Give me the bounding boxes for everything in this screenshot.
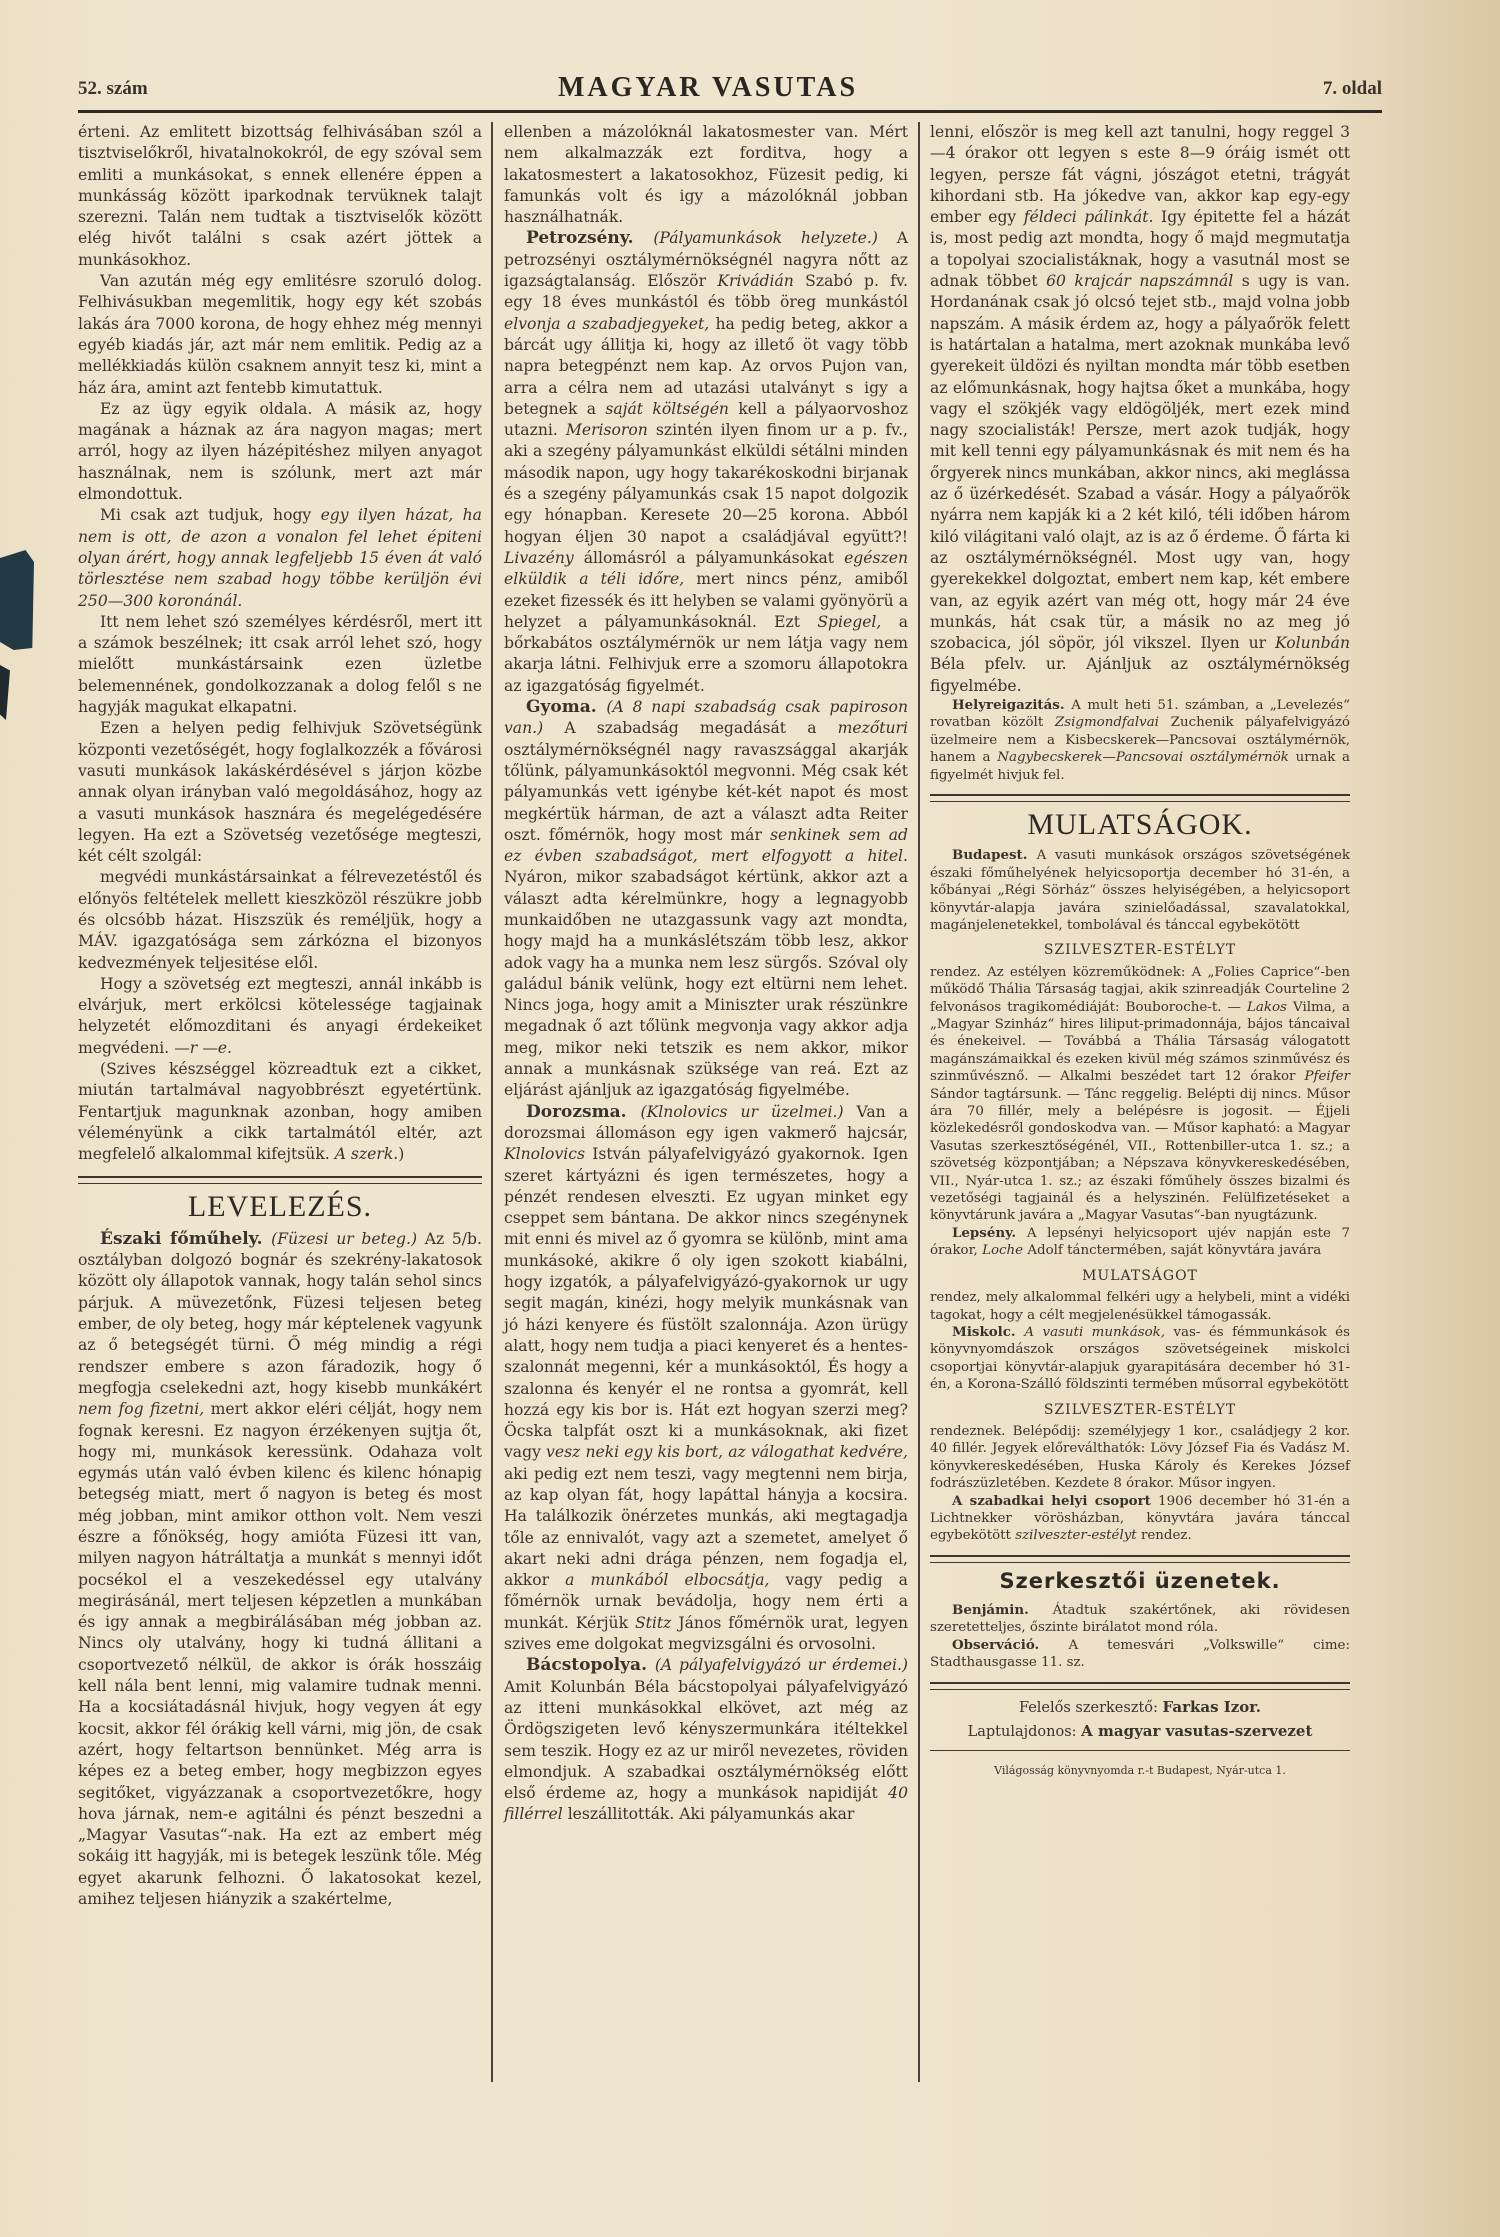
text-run-italic: A vasuti munkások,	[1024, 1325, 1165, 1340]
letters-continued: ellenben a mázolóknál lakatosmester van.…	[504, 122, 908, 1826]
text-run-italic: 60 krajcár napszámnál	[1046, 272, 1233, 290]
letters-section: Északi főműhely. (Füzesi ur beteg.) Az 5…	[78, 1229, 482, 1911]
text-run: Amit Kolunbán Béla bácstopolyai pályafel…	[504, 1678, 908, 1802]
text-run-italic: Livazény	[504, 549, 574, 567]
text-run: Itt nem lehet szó személyes kérdésről, m…	[78, 613, 482, 716]
text-run: Van azután még egy emlitésre szoruló dol…	[78, 272, 482, 396]
section-divider	[930, 794, 1350, 802]
text-run-bold: Lepsény.	[952, 1225, 1027, 1241]
text-run-bold: Benjámin.	[952, 1602, 1053, 1618]
imprint: Felelős szerkesztő: Farkas Izor. Laptula…	[930, 1696, 1350, 1782]
paragraph: Ez az ügy egyik oldala. A másik az, hogy…	[78, 399, 482, 505]
issue-number: 52. szám	[78, 78, 148, 100]
text-run-italic: Lakos	[1247, 1000, 1287, 1015]
text-run: mert akkor eléri célját, hogy nem fognak…	[78, 1400, 482, 1908]
section-title-mulatsagok: MULATSÁGOK.	[930, 814, 1350, 835]
text-run: Ezen a helyen pedig felhivjuk Szövetségü…	[78, 719, 482, 865]
text-run-italic: Zsigmondfalvai	[1055, 715, 1159, 730]
paragraph: Dorozsma. (Klnolovics ur üzelmei.) Van a…	[504, 1102, 908, 1656]
text-run: állomásról a pályamunkásokat	[574, 549, 844, 567]
text-run-bold: Miskolc.	[952, 1324, 1024, 1340]
text-run-bold: Observáció.	[952, 1637, 1069, 1653]
text-run-bold: Bácstopolya.	[526, 1655, 655, 1675]
text-run-italic: (A pályafelvigyázó ur érdemei.)	[655, 1656, 908, 1674]
editor-name: Farkas Izor.	[1163, 1698, 1262, 1716]
column-3: lenni, először is meg kell azt tanulni, …	[930, 122, 1350, 1782]
text-run-italic: nem fog fizetni,	[78, 1400, 204, 1418]
text-run: szintén ilyen finom ur a p. fv., aki a s…	[504, 421, 908, 545]
paragraph: Bácstopolya. (A pályafelvigyázó ur érdem…	[504, 1655, 908, 1825]
text-run: Adolf tánctermében, saját könyvtára javá…	[1023, 1243, 1321, 1258]
owner-name: A magyar vasutas-szervezet	[1081, 1722, 1312, 1740]
text-run-bold: A szabadkai helyi csoport	[952, 1493, 1158, 1509]
text-run-italic: A szerk.	[335, 1145, 399, 1163]
text-run-italic: saját költségén	[605, 400, 729, 418]
editor-label: Felelős szerkesztő:	[1019, 1700, 1163, 1716]
column-divider	[491, 122, 493, 2082]
text-run-bold: Északi főműhely.	[100, 1229, 271, 1249]
text-run: (Szives készséggel közreadtuk ezt a cikk…	[78, 1060, 482, 1163]
text-run-italic: (Pályamunkások helyzete.)	[653, 229, 878, 247]
text-run-italic: —r —e.	[174, 1039, 232, 1057]
owner-line: Laptulajdonos: A magyar vasutas-szerveze…	[930, 1720, 1350, 1744]
text-run-italic: Loche	[982, 1243, 1023, 1258]
paragraph: Miskolc. A vasuti munkások, vas- és fémm…	[930, 1324, 1350, 1394]
letters-continued-right: lenni, először is meg kell azt tanulni, …	[930, 122, 1350, 784]
text-run-bold: Helyreigazitás.	[952, 697, 1071, 713]
text-run-italic: féldeci pálinkát.	[1024, 208, 1154, 226]
paragraph: Mi csak azt tudjuk, hogy egy ilyen házat…	[78, 505, 482, 611]
editor-messages: Benjámin. Átadtuk szakértőnek, aki rövid…	[930, 1602, 1350, 1672]
text-run-italic: Krivádián	[717, 272, 794, 290]
text-run: Az 5/b. osztályban dolgozó bognár és sze…	[78, 1230, 482, 1397]
text-run-italic: vesz neki egy kis bort, az válogathat ke…	[546, 1443, 908, 1461]
text-run-bold: Petrozsény.	[526, 228, 653, 248]
paragraph: Hogy a szövetség ezt megteszi, annál ink…	[78, 974, 482, 1059]
page-number: 7. oldal	[1323, 78, 1382, 100]
paragraph: Benjámin. Átadtuk szakértőnek, aki rövid…	[930, 1602, 1350, 1637]
event-title: MULATSÁGOT	[930, 1268, 1350, 1285]
text-run-bold: Gyoma.	[526, 697, 606, 717]
text-run-italic: Klnolovics	[504, 1145, 585, 1163]
text-run: Mi csak azt tudjuk, hogy	[100, 506, 321, 524]
printer-line: Világosság könyvnyomda r.-t Budapest, Ny…	[930, 1750, 1350, 1782]
paragraph: Ezen a helyen pedig felhivjuk Szövetségü…	[78, 718, 482, 867]
text-run: rendeznek. Belépődij: személyjegy 1 kor.…	[930, 1424, 1350, 1491]
paragraph: (Szives készséggel közreadtuk ezt a cikk…	[78, 1059, 482, 1165]
masthead-title: MAGYAR VASUTAS	[498, 72, 918, 104]
text-run-bold: Budapest.	[952, 847, 1037, 863]
event-title: SZILVESZTER-ESTÉLYT	[930, 1402, 1350, 1419]
text-run-italic: Kolunbán	[1275, 634, 1350, 652]
paragraph: ellenben a mázolóknál lakatosmester van.…	[504, 122, 908, 228]
paragraph: lenni, először is meg kell azt tanulni, …	[930, 122, 1350, 697]
text-run-italic: mezőturi	[838, 719, 908, 737]
section-divider	[78, 1176, 482, 1184]
text-run-italic: Spiegel,	[817, 613, 881, 631]
paragraph: rendez, mely alkalommal felkéri ugy a he…	[930, 1289, 1350, 1324]
text-run: Sándor tagtársunk. — Tánc reggelig. Belé…	[930, 1087, 1350, 1224]
paragraph: rendeznek. Belépődij: személyjegy 1 kor.…	[930, 1423, 1350, 1493]
text-run: Ez az ügy egyik oldala. A másik az, hogy…	[78, 400, 482, 503]
event-title: SZILVESZTER-ESTÉLYT	[930, 942, 1350, 959]
section-divider	[930, 1682, 1350, 1690]
paragraph: Budapest. A vasuti munkások országos szö…	[930, 847, 1350, 934]
paragraph: érteni. Az emlitett bizottság felhivásáb…	[78, 122, 482, 271]
paragraph: Van azután még egy emlitésre szoruló dol…	[78, 271, 482, 399]
text-run-italic: (Klnolovics ur üzelmei.)	[640, 1103, 843, 1121]
text-run: rendez, mely alkalommal felkéri ugy a he…	[930, 1290, 1350, 1322]
text-run-italic: szilveszter-estélyt	[1015, 1528, 1136, 1543]
section-title-levelezes: LEVELEZÉS.	[78, 1196, 482, 1217]
paragraph: Helyreigazitás. A mult heti 51. számban,…	[930, 697, 1350, 784]
torn-edge-mark	[0, 550, 34, 650]
editor-line: Felelős szerkesztő: Farkas Izor.	[930, 1696, 1350, 1720]
paragraph: Lepsény. A lepsényi helyicsoport ujév na…	[930, 1225, 1350, 1260]
header-rule	[78, 110, 1382, 113]
text-run-italic: Stitz	[635, 1614, 671, 1632]
owner-label: Laptulajdonos:	[968, 1724, 1082, 1740]
text-run-italic: (Füzesi ur beteg.)	[271, 1230, 417, 1248]
section-divider	[930, 1555, 1350, 1563]
text-run: leszállitották. Aki pályamunkás akar	[563, 1805, 855, 1823]
paragraph: Gyoma. (A 8 napi szabadság csak papiroso…	[504, 697, 908, 1102]
text-run: A szabadság megadását a	[543, 719, 837, 737]
text-run: Hogy a szövetség ezt megteszi, annál ink…	[78, 975, 482, 1057]
text-run: s ugy is van. Hordanának csak jó olcsó t…	[930, 272, 1350, 652]
article-housing: érteni. Az emlitett bizottság felhivásáb…	[78, 122, 482, 1166]
text-run-italic: Pfeifer	[1305, 1069, 1350, 1084]
paragraph: A szabadkai helyi csoport 1906 december …	[930, 1493, 1350, 1545]
column-1: érteni. Az emlitett bizottság felhivásáb…	[78, 122, 482, 1910]
text-run-bold: Dorozsma.	[526, 1102, 640, 1122]
section-title-editor-messages: Szerkesztői üzenetek.	[930, 1571, 1350, 1592]
text-run: ellenben a mázolóknál lakatosmester van.…	[504, 123, 908, 226]
text-run-italic: a munkából elbocsátja,	[565, 1571, 769, 1589]
paragraph: Északi főműhely. (Füzesi ur beteg.) Az 5…	[78, 1229, 482, 1911]
paragraph: rendez. Az estélyen közreműködnek: A „Fo…	[930, 964, 1350, 1225]
text-run-italic: Nagybecskerek—Pancsovai osztálymérnök	[997, 750, 1289, 765]
paragraph: Petrozsény. (Pályamunkások helyzete.) A …	[504, 228, 908, 697]
text-run-italic: Merisoron	[566, 421, 648, 439]
text-run: Béla pfelv. ur. Ajánljuk az osztálymérnö…	[930, 655, 1350, 694]
text-run: érteni. Az emlitett bizottság felhivásáb…	[78, 123, 482, 269]
text-run: Nyáron, mikor szabadságot kértünk, akkor…	[504, 868, 908, 1099]
text-run: megvédi munkástársainkat a félrevezetést…	[78, 868, 482, 971]
column-2: ellenben a mázolóknál lakatosmester van.…	[504, 122, 908, 1826]
text-run: rendez.	[1137, 1528, 1192, 1543]
newspaper-page: 52. szám MAGYAR VASUTAS 7. oldal érteni.…	[0, 0, 1500, 2237]
paragraph: Observáció. A temesvári „Volkswille“ cim…	[930, 1637, 1350, 1672]
paragraph: megvédi munkástársainkat a félrevezetést…	[78, 867, 482, 973]
text-run: István pályafelvigyázó gyakornok. Igen s…	[504, 1145, 908, 1461]
text-run-italic: elvonja a szabadjegyeket,	[504, 315, 709, 333]
torn-edge-mark	[0, 665, 10, 720]
text-run: )	[398, 1145, 404, 1163]
paragraph: Itt nem lehet szó személyes kérdésről, m…	[78, 612, 482, 718]
column-divider	[918, 122, 920, 2082]
events-section: Budapest. A vasuti munkások országos szö…	[930, 847, 1350, 1544]
